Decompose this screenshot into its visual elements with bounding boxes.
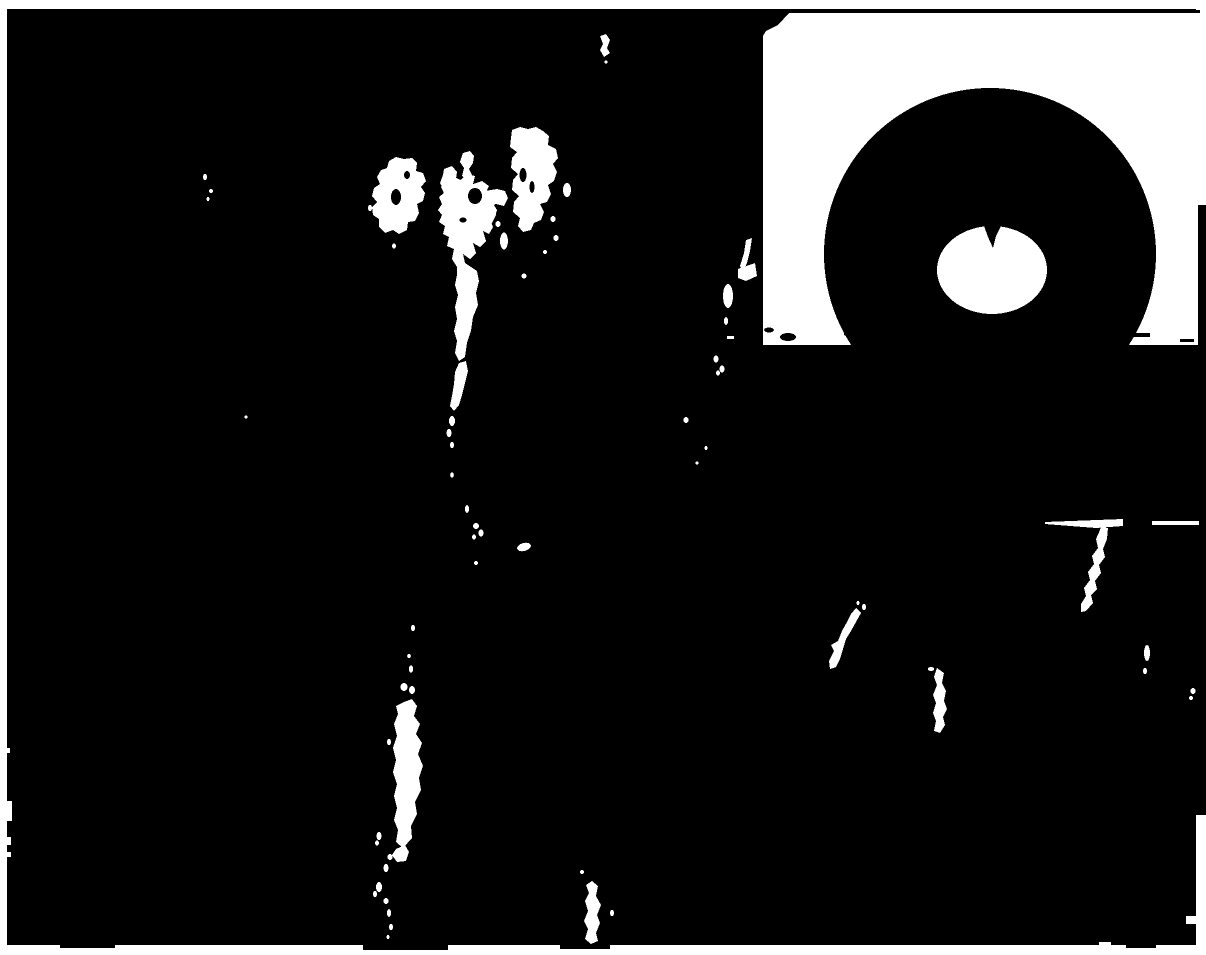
blob-main-notch (460, 218, 467, 223)
il-dot-7 (696, 462, 699, 465)
below-dot-4 (373, 891, 377, 897)
bmargin-tick-4 (1126, 945, 1156, 948)
lmargin-notch-1 (7, 748, 10, 753)
below-dot-1 (388, 854, 393, 860)
rb-sat-3 (543, 250, 547, 254)
bmargin-tick-1 (60, 945, 115, 948)
bmargin-tick-2 (363, 945, 448, 950)
lmargin-notch-2 (7, 801, 12, 821)
il-dash (727, 336, 734, 339)
lb-dot-1 (368, 205, 372, 211)
farleft-dot-2 (209, 189, 213, 193)
inset-speck-4 (1180, 339, 1194, 342)
blob-right-hole-2 (530, 181, 535, 193)
blob-right-dot (496, 221, 501, 227)
bmargin-tick-3 (560, 945, 610, 949)
mid-dot-4 (472, 535, 476, 540)
inset-speck-1 (780, 333, 796, 341)
inset-speck-2 (844, 331, 858, 337)
br-dot-2 (580, 870, 584, 874)
foot-sat-1 (377, 832, 382, 840)
rb-sat-4 (522, 274, 527, 279)
inset-top-right-white (1196, 14, 1206, 204)
below-dot-8 (387, 935, 390, 939)
inset-speck-5 (764, 328, 774, 333)
rb-sat-1 (563, 183, 571, 197)
lmargin-notch-4 (7, 852, 11, 857)
binarized-micrograph-figure (0, 0, 1206, 955)
below-dot-3 (376, 882, 382, 892)
rs-mark-1 (1144, 645, 1150, 661)
comma-dot-2 (857, 601, 860, 605)
tail-dot-3 (450, 442, 454, 448)
il-dot-6 (705, 446, 708, 450)
below-dot-2 (384, 864, 389, 872)
il-dot-2 (714, 356, 719, 363)
tail-dot-1 (449, 416, 455, 426)
streak-bump (387, 739, 391, 745)
redge-dot-1 (1191, 688, 1196, 694)
rb-dot-1 (551, 216, 556, 222)
col-dot-3 (409, 666, 413, 673)
col-dot-2 (407, 654, 411, 658)
figure-canvas (0, 0, 1206, 955)
lmargin-notch-3 (7, 837, 11, 845)
top-strip-nub (1196, 10, 1200, 13)
below-dot-7 (389, 924, 393, 930)
below-dot-5 (384, 898, 389, 904)
lb-dot-2 (392, 244, 396, 249)
farleft-dot-1 (203, 174, 207, 180)
comma-dot-1 (862, 604, 866, 610)
hline-right (1152, 521, 1199, 525)
redge-dot-2 (1189, 696, 1193, 700)
mid-dot-2 (473, 523, 479, 529)
farleft-dot-3 (207, 197, 210, 201)
il-dot-4 (716, 371, 720, 376)
tail-dot-2 (447, 429, 452, 437)
mid-dot-5 (474, 561, 478, 565)
blob-left-hole (391, 189, 401, 205)
blob-main-hole (468, 188, 482, 204)
mid-dot-3 (479, 530, 484, 537)
il-dot-3 (720, 366, 725, 373)
rs-mark-2 (1143, 668, 1147, 674)
col-dot-4 (401, 683, 408, 691)
foot-sat-2 (375, 841, 379, 846)
farleft-dot-4 (245, 416, 248, 419)
il-dot-5 (684, 417, 689, 423)
col-dot-1 (411, 625, 415, 631)
br-white-dash-1 (1186, 916, 1198, 924)
mid-dot-1 (465, 505, 469, 513)
top-flag-dot (605, 61, 608, 64)
blob-left-notch (404, 171, 410, 179)
il-dot-1 (724, 317, 728, 325)
blob-right-drop (500, 233, 508, 250)
tail-dot-4 (450, 473, 454, 478)
br-white-dash-2 (1099, 942, 1111, 945)
right-mid-cap (928, 667, 934, 671)
inset-speck-3 (1132, 333, 1150, 337)
br-dot-1 (610, 910, 614, 916)
blob-right-hole-1 (520, 168, 527, 182)
rb-sat-2 (554, 235, 559, 241)
below-dot-6 (387, 909, 391, 917)
inset-left-oval (723, 284, 733, 308)
col-dot-5 (409, 686, 415, 694)
